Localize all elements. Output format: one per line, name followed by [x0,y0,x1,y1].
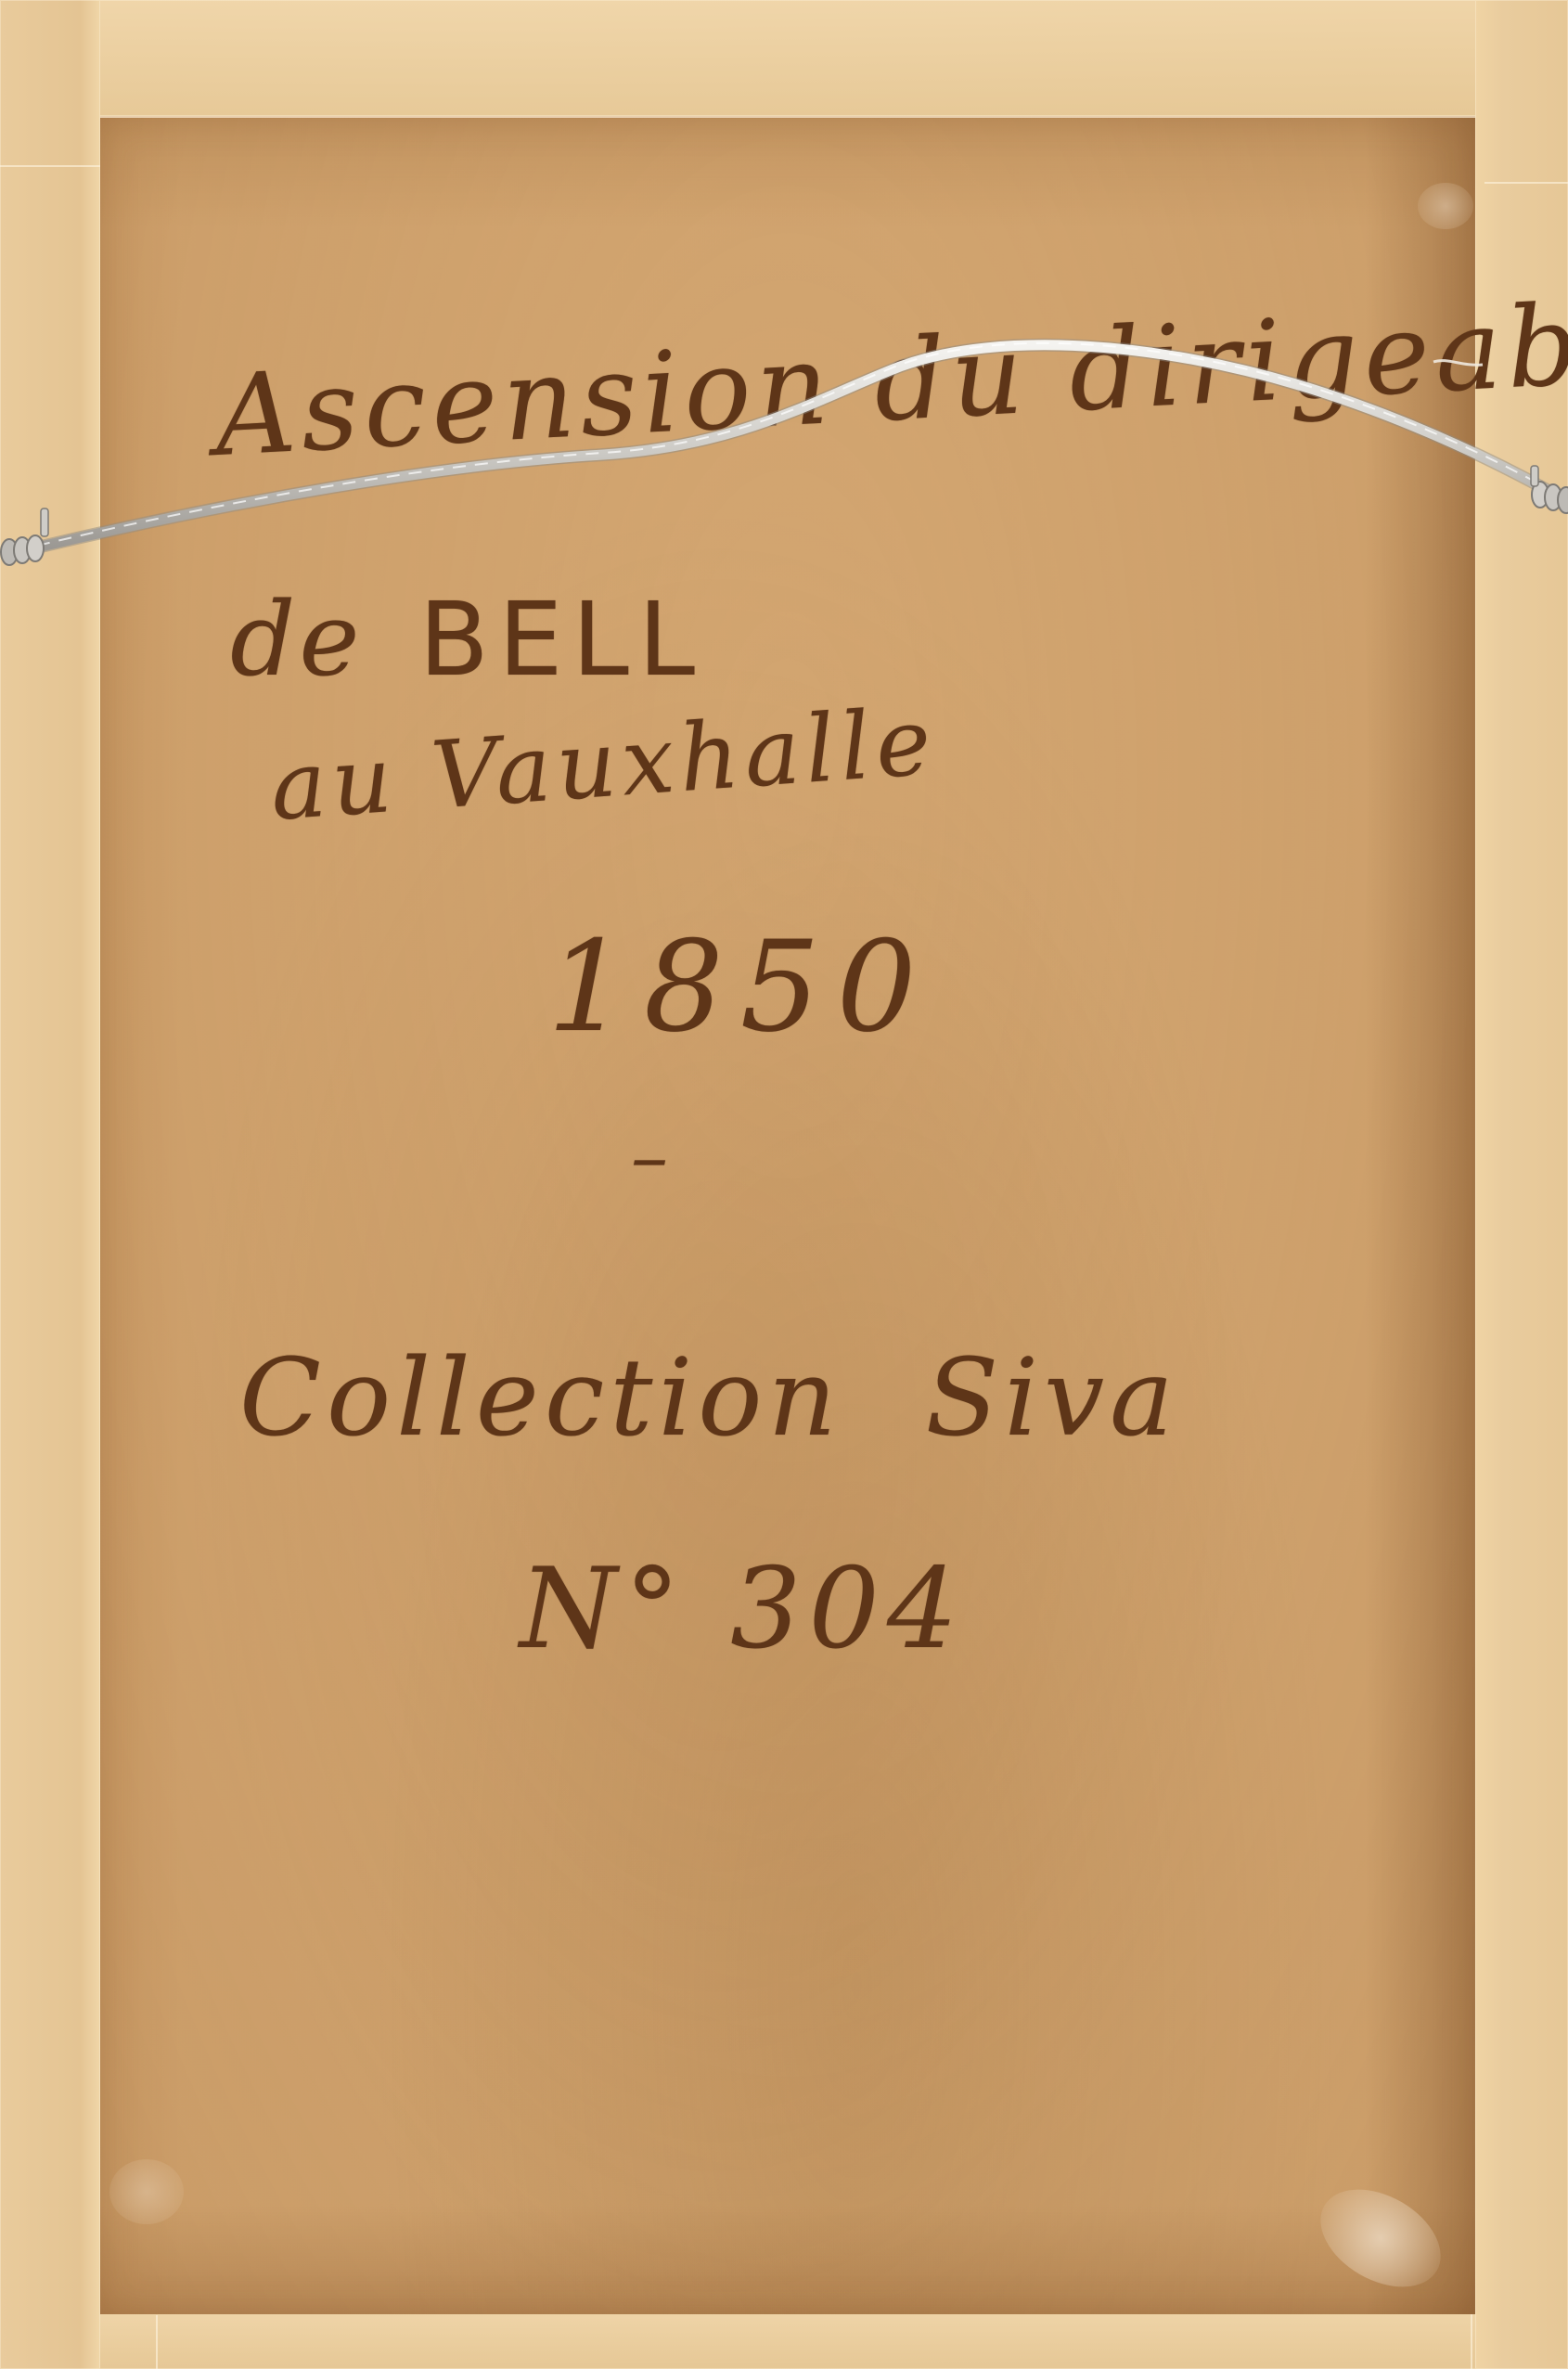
inscription-collection: CollectionSiva [239,1336,1179,1461]
tape-seam [156,2315,158,2369]
top-tape-strip [0,0,1568,116]
paper-wear-spot [1304,2169,1458,2307]
inscription-collection-name: Siva [926,1336,1179,1461]
artwork-back-photo: Ascension du dirigeable deBELL au Vauxha… [0,0,1568,2369]
inscription-year: 1850 [547,914,933,1060]
paper-wear-spot [109,2159,184,2224]
inscription-bell: BELL [419,580,705,699]
inscription-collection-label: Collection [239,1336,842,1461]
bottom-tape-strip [0,2312,1568,2369]
tape-seam [0,165,100,167]
paper-wear-spot [1418,183,1473,229]
tape-seam [1484,182,1568,184]
tape-seam [1471,2312,1472,2369]
inscription-number: N° 304 [520,1545,965,1674]
left-tape-strip [0,0,100,2369]
inscription-de: de [230,580,364,699]
inscription-line-de-bell: deBELL [230,580,704,699]
inscription-separator: – [631,1114,670,1200]
